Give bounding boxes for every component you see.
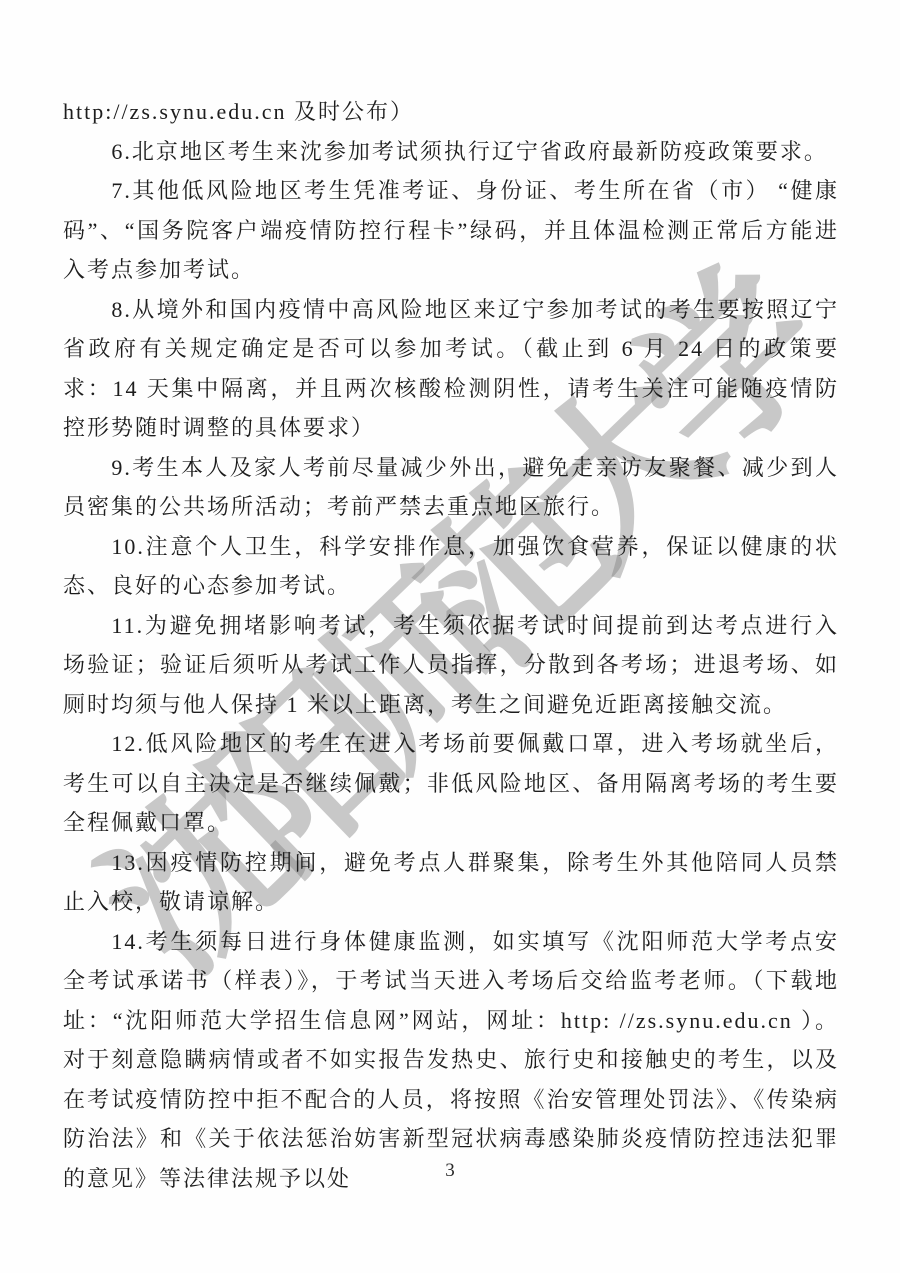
paragraph-item-9: 9.考生本人及家人考前尽量减少外出，避免走亲访友聚餐、减少到人员密集的公共场所活… bbox=[63, 448, 839, 527]
paragraph-item-6: 6.北京地区考生来沈参加考试须执行辽宁省政府最新防疫政策要求。 bbox=[63, 132, 839, 172]
paragraph-item-8: 8.从境外和国内疫情中高风险地区来辽宁参加考试的考生要按照辽宁省政府有关规定确定… bbox=[63, 290, 839, 448]
document-page: 沈阳师范大学 http://zs.synu.edu.cn 及时公布） 6.北京地… bbox=[0, 0, 900, 1273]
paragraph-item-7: 7.其他低风险地区考生凭准考证、身份证、考生所在省（市） “健康码”、“国务院客… bbox=[63, 171, 839, 290]
paragraph-url-continuation: http://zs.synu.edu.cn 及时公布） bbox=[63, 92, 839, 132]
page-number: 3 bbox=[0, 1160, 900, 1182]
paragraph-item-12: 12.低风险地区的考生在进入考场前要佩戴口罩，进入考场就坐后，考生可以自主决定是… bbox=[63, 724, 839, 843]
paragraph-item-10: 10.注意个人卫生，科学安排作息，加强饮食营养，保证以健康的状态、良好的心态参加… bbox=[63, 527, 839, 606]
paragraph-item-11: 11.为避免拥堵影响考试，考生须依据考试时间提前到达考点进行入场验证；验证后须听… bbox=[63, 606, 839, 725]
paragraph-item-13: 13.因疫情防控期间，避免考点人群聚集，除考生外其他陪同人员禁止入校，敬请谅解。 bbox=[63, 843, 839, 922]
document-body: http://zs.synu.edu.cn 及时公布） 6.北京地区考生来沈参加… bbox=[63, 92, 839, 1198]
paragraph-item-14: 14.考生须每日进行身体健康监测，如实填写《沈阳师范大学考点安全考试承诺书（样表… bbox=[63, 922, 839, 1199]
